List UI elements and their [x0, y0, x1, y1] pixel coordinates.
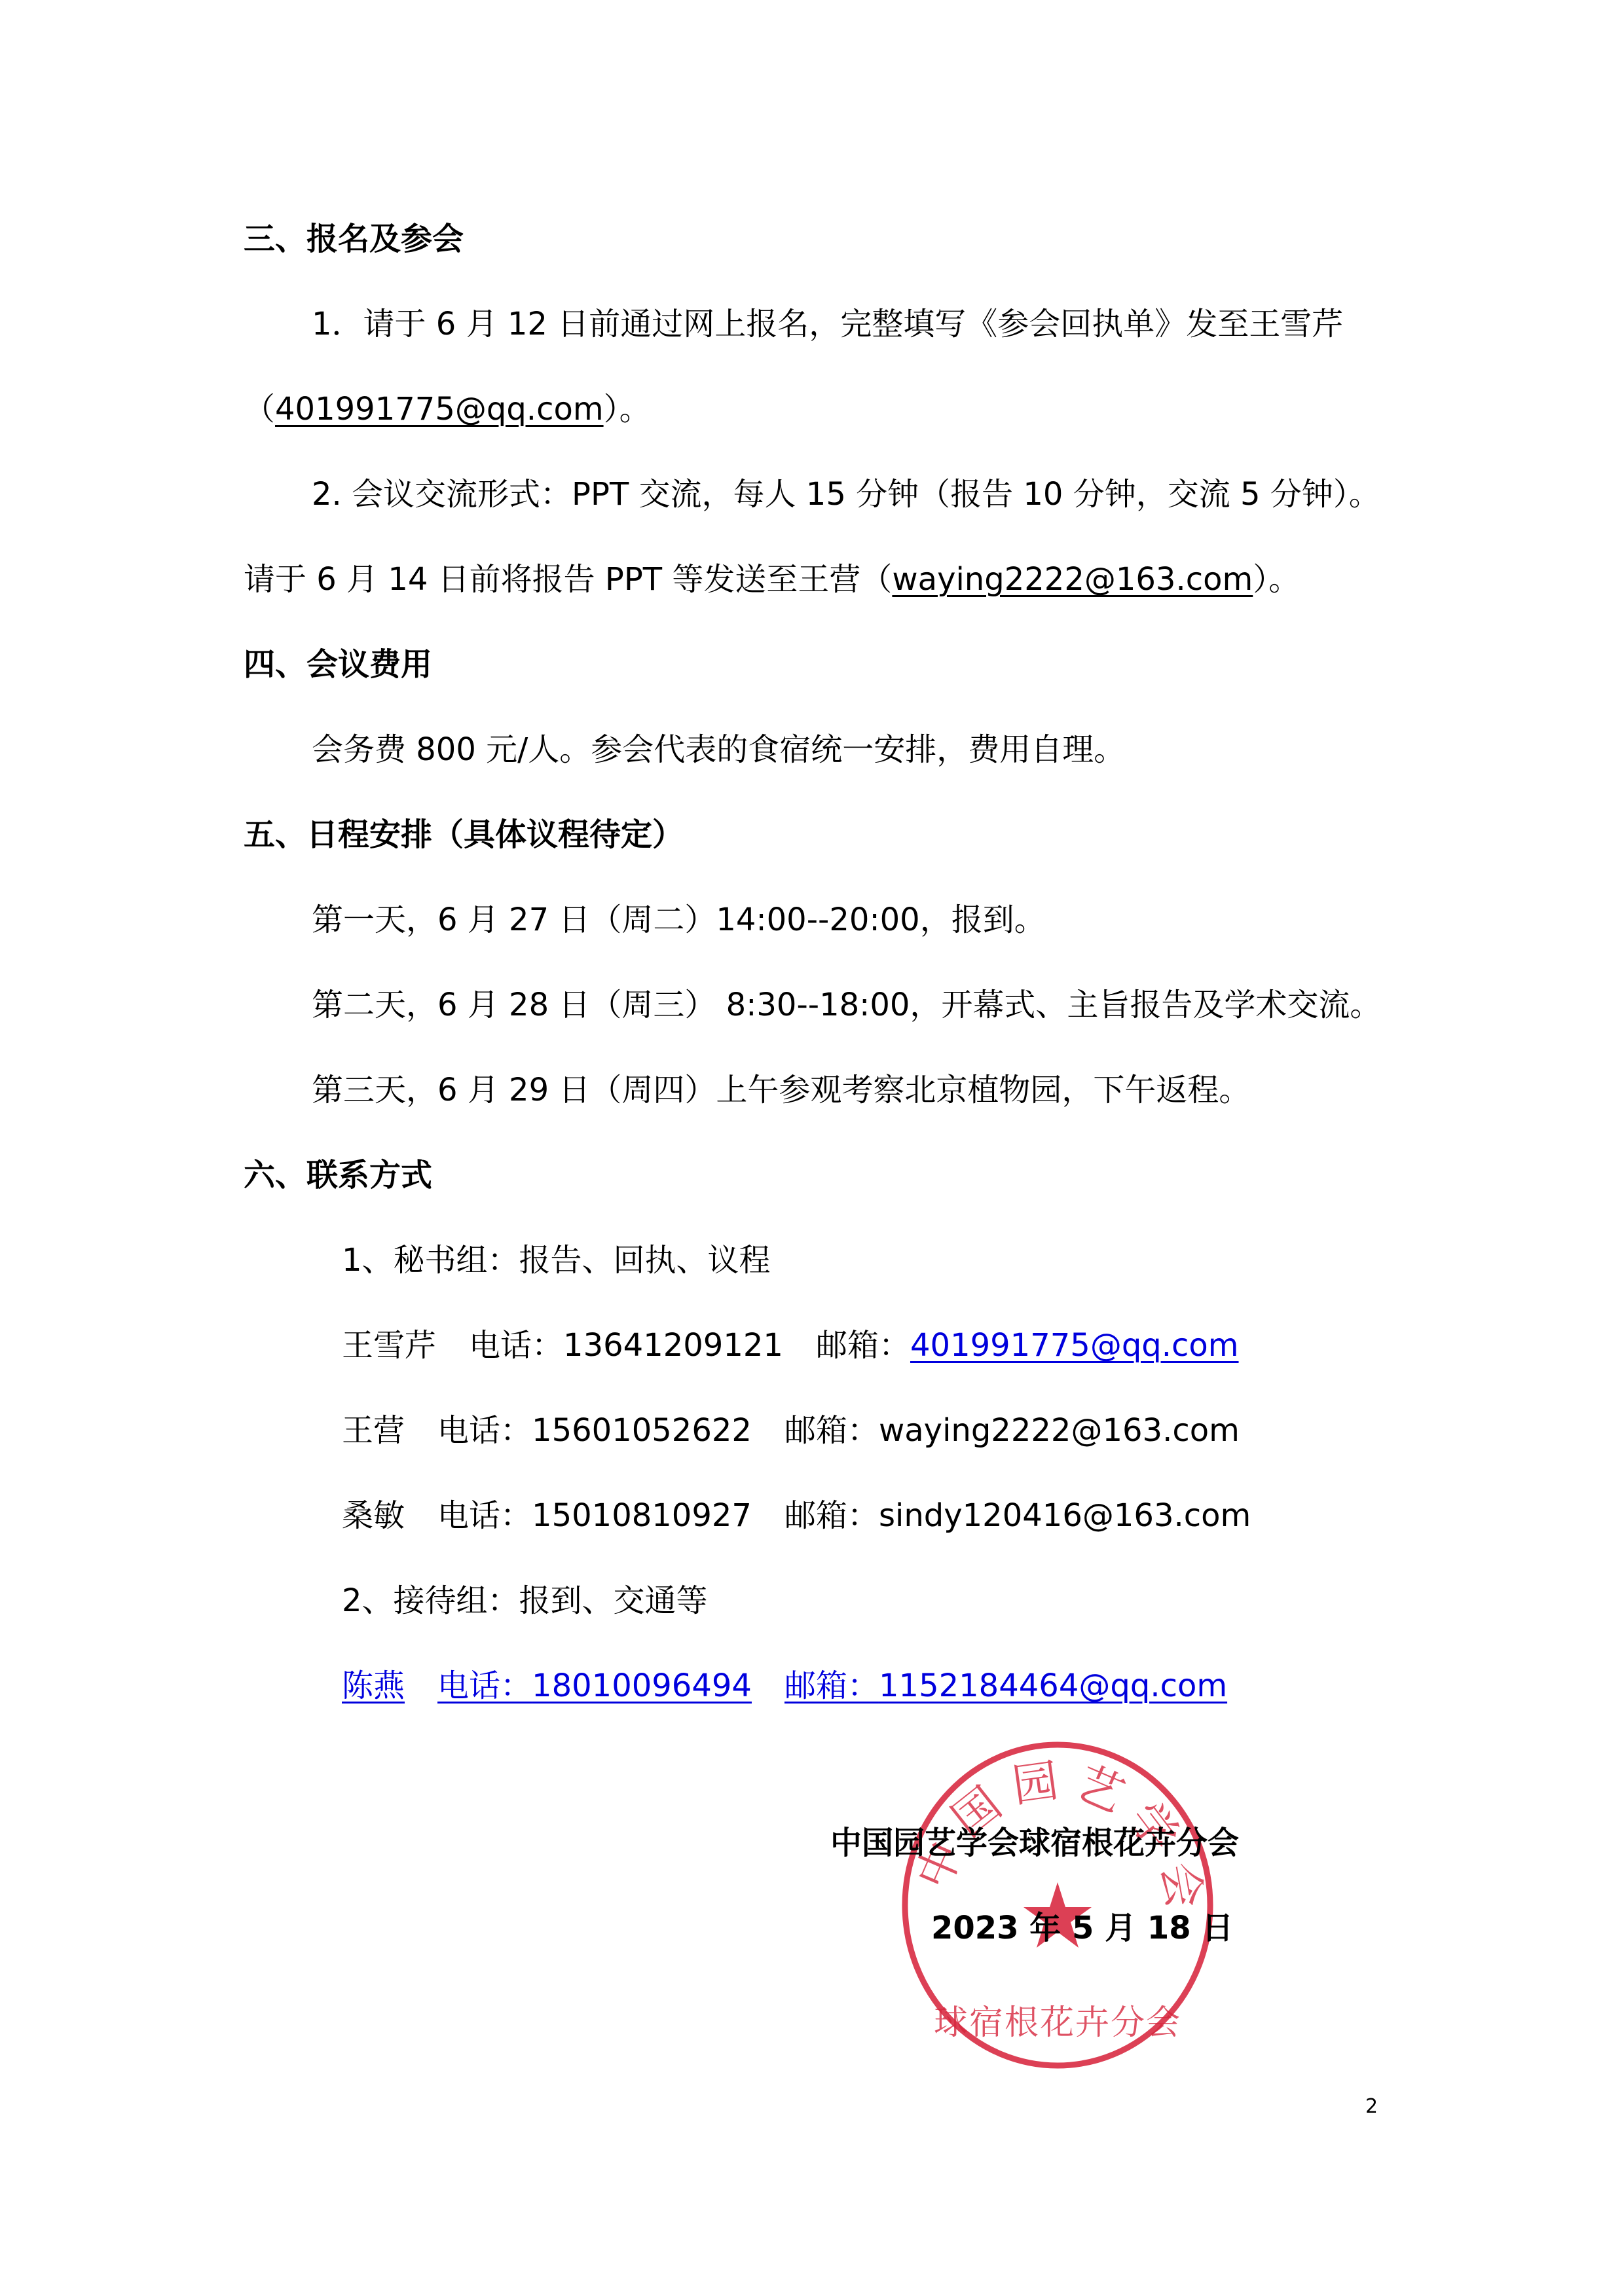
paren-close: ）。 [604, 391, 651, 428]
contact-row: 王营电话：15601052622邮箱：waying2222@163.com [342, 1411, 1240, 1450]
contact-group-secretariat: 1、秘书组：报告、回执、议程 [342, 1241, 771, 1280]
email-label: 邮箱： [784, 1497, 879, 1534]
registration-item-1-email-line: （401991775@qq.com）。 [244, 390, 651, 429]
paren-close: ）。 [1253, 561, 1300, 598]
contact-name: 陈燕 [342, 1667, 405, 1704]
phone-number: 15010810927 [532, 1497, 752, 1534]
email-link[interactable]: 401991775@qq.com [910, 1327, 1239, 1364]
email-link-wangying[interactable]: waying2222@163.com [892, 561, 1253, 598]
signature-date: 2023 年 5 月 18 日 [931, 1908, 1233, 1948]
contact-name: 王营 [342, 1412, 405, 1449]
phone-number: 18010096494 [532, 1667, 752, 1704]
email-label: 邮箱： [784, 1667, 879, 1704]
section-heading-schedule: 五、日程安排（具体议程待定） [244, 815, 684, 854]
email-text: 1152184464@qq.com [879, 1667, 1227, 1704]
email-label: 邮箱： [816, 1327, 910, 1364]
registration-item-1: 1．请于 6 月 12 日前通过网上报名，完整填写《参会回执单》发至王雪芹 [312, 304, 1343, 344]
contact-group-reception: 2、接待组：报到、交通等 [342, 1581, 708, 1620]
phone-number: 15601052622 [532, 1412, 752, 1449]
contact-row: 王雪芹电话：13641209121邮箱：401991775@qq.com [342, 1326, 1239, 1365]
section-heading-registration: 三、报名及参会 [244, 219, 464, 259]
signature-organization: 中国园艺学会球宿根花卉分会 [830, 1823, 1239, 1863]
section-heading-contact: 六、联系方式 [244, 1156, 432, 1195]
contact-name: 王雪芹 [342, 1327, 436, 1364]
ppt-deadline-text: 请于 6 月 14 日前将报告 PPT 等发送至王营（ [244, 561, 892, 598]
registration-item-2: 2. 会议交流形式：PPT 交流，每人 15 分钟（报告 10 分钟，交流 5 … [312, 475, 1380, 514]
schedule-day-3: 第三天，6 月 29 日（周四）上午参观考察北京植物园，下午返程。 [312, 1070, 1250, 1110]
phone-label: 电话： [469, 1327, 563, 1364]
svg-text:球宿根花卉分会: 球宿根花卉分会 [934, 2003, 1181, 2043]
schedule-day-1: 第一天，6 月 27 日（周二）14:00--20:00，报到。 [312, 900, 1046, 939]
email-text: sindy120416@163.com [879, 1497, 1251, 1534]
page-number: 2 [1365, 2095, 1378, 2118]
contact-row-link[interactable]: 陈燕电话：18010096494邮箱：1152184464@qq.com [342, 1666, 1227, 1705]
schedule-day-2: 第二天，6 月 28 日（周三） 8:30--18:00，开幕式、主旨报告及学术… [312, 985, 1381, 1025]
contact-name: 桑敏 [342, 1497, 405, 1534]
contact-row: 桑敏电话：15010810927邮箱：sindy120416@163.com [342, 1496, 1251, 1535]
fee-text: 会务费 800 元/人。参会代表的食宿统一安排，费用自理。 [312, 730, 1125, 769]
email-text: waying2222@163.com [879, 1412, 1240, 1449]
registration-item-2-email-line: 请于 6 月 14 日前将报告 PPT 等发送至王营（waying2222@16… [244, 560, 1300, 599]
email-label: 邮箱： [784, 1412, 879, 1449]
section-heading-fees: 四、会议费用 [244, 645, 432, 684]
paren-open: （ [244, 391, 275, 428]
official-seal-icon: 中国园艺学会 球宿根花卉分会 [897, 1738, 1218, 2072]
phone-label: 电话： [437, 1497, 532, 1534]
phone-number: 13641209121 [563, 1327, 783, 1364]
email-link-wangxueqin[interactable]: 401991775@qq.com [275, 391, 604, 428]
phone-label: 电话： [437, 1667, 532, 1704]
phone-label: 电话： [437, 1412, 532, 1449]
